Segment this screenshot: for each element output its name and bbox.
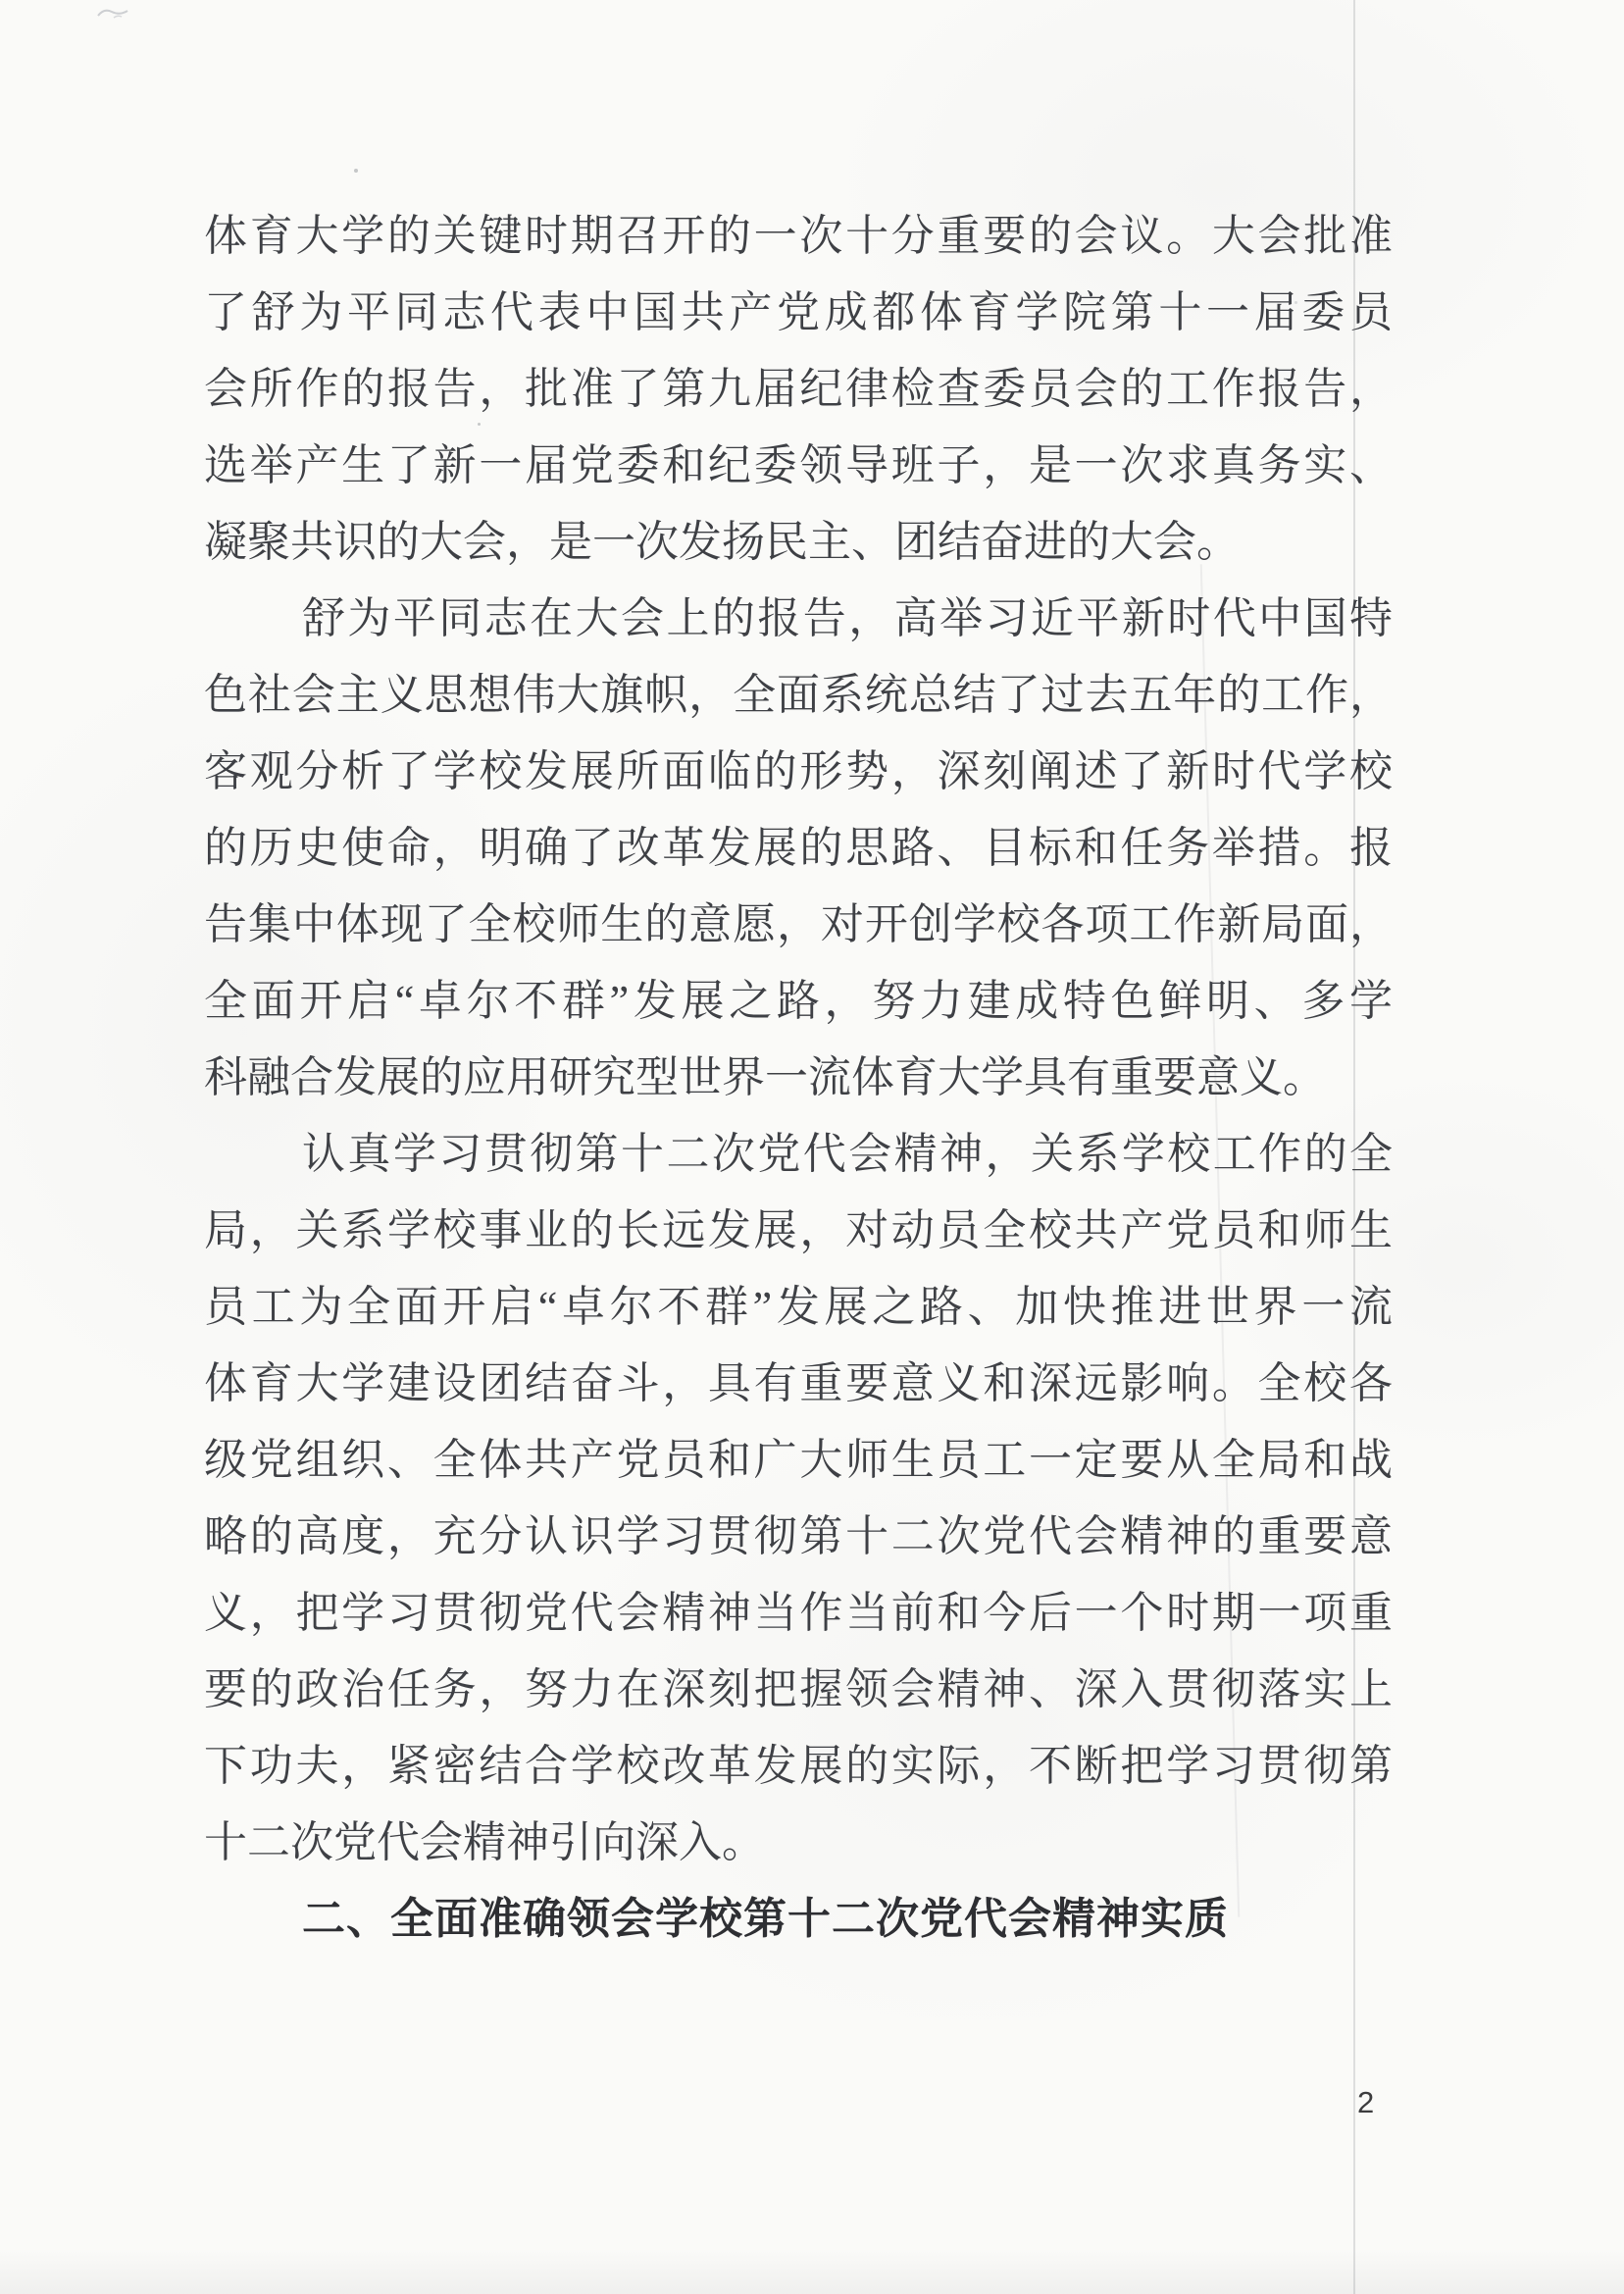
body-text-line: 要的政治任务，努力在深刻把握领会精神、深入贯彻落实上: [204, 1652, 1393, 1728]
body-text-line: 选举产生了新一届党委和纪委领导班子，是一次求真务实、: [204, 428, 1393, 504]
body-text-line: 了舒为平同志代表中国共产党成都体育学院第十一届委员: [204, 275, 1393, 351]
body-text-line: 员工为全面开启“卓尔不群”发展之路、加快推进世界一流: [204, 1269, 1393, 1346]
body-text-line: 全面开启“卓尔不群”发展之路，努力建成特色鲜明、多学: [204, 963, 1393, 1040]
body-text-line: 舒为平同志在大会上的报告，高举习近平新时代中国特: [204, 581, 1393, 657]
body-text-line: 下功夫，紧密结合学校改革发展的实际，不断把学习贯彻第: [204, 1728, 1393, 1805]
body-text-line: 科融合发展的应用研究型世界一流体育大学具有重要意义。: [204, 1040, 1393, 1116]
body-text-line: 级党组织、全体共产党员和广大师生员工一定要从全局和战: [204, 1422, 1393, 1499]
body-text-line: 认真学习贯彻第十二次党代会精神，关系学校工作的全: [204, 1116, 1393, 1193]
body-text-line: 义，把学习贯彻党代会精神当作当前和今后一个时期一项重: [204, 1575, 1393, 1652]
scan-bottom-shadow: [0, 2250, 1624, 2294]
body-text-line: 客观分析了学校发展所面临的形势，深刻阐述了新时代学校: [204, 734, 1393, 810]
body-text-line: 局，关系学校事业的长远发展，对动员全校共产党员和师生: [204, 1193, 1393, 1269]
body-text-line: 告集中体现了全校师生的意愿，对开创学校各项工作新局面，: [204, 887, 1393, 963]
scanned-document-page: 体育大学的关键时期召开的一次十分重要的会议。大会批准 了舒为平同志代表中国共产党…: [0, 0, 1624, 2294]
body-text-line: 凝聚共识的大会，是一次发扬民主、团结奋进的大会。: [204, 504, 1393, 581]
scan-ink-speck: [354, 169, 358, 173]
body-text-line: 的历史使命，明确了改革发展的思路、目标和任务举措。报: [204, 810, 1393, 887]
page-number: 2: [1357, 2085, 1374, 2120]
body-text-line: 体育大学的关键时期召开的一次十分重要的会议。大会批准: [204, 198, 1393, 275]
body-text-line: 会所作的报告，批准了第九届纪律检查委员会的工作报告，: [204, 351, 1393, 428]
scan-smudge-mark: [94, 2, 137, 24]
body-text-line: 略的高度，充分认识学习贯彻第十二次党代会精神的重要意: [204, 1499, 1393, 1575]
body-text-block: 体育大学的关键时期召开的一次十分重要的会议。大会批准 了舒为平同志代表中国共产党…: [204, 198, 1393, 1958]
body-text-line: 色社会主义思想伟大旗帜，全面系统总结了过去五年的工作，: [204, 657, 1393, 734]
body-text-line: 十二次党代会精神引向深入。: [204, 1805, 1393, 1881]
section-heading: 二、全面准确领会学校第十二次党代会精神实质: [204, 1881, 1393, 1958]
body-text-line: 体育大学建设团结奋斗，具有重要意义和深远影响。全校各: [204, 1346, 1393, 1422]
